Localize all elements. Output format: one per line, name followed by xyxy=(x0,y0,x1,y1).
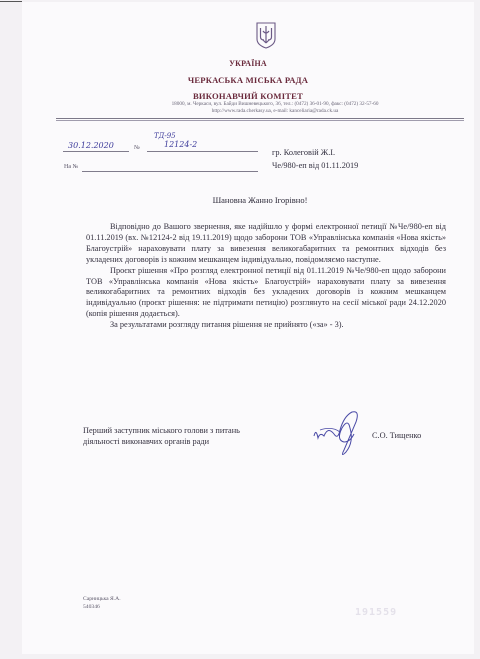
letterhead-council: ЧЕРКАСЬКА МІСЬКА РАДА xyxy=(22,75,474,85)
scan-edge-mark xyxy=(0,1,22,2)
trident-coat-of-arms-icon xyxy=(256,22,276,49)
letterhead-divider-thin xyxy=(56,120,464,121)
letterhead-divider xyxy=(56,118,464,119)
reply-number-underline xyxy=(82,171,258,172)
executor-name: Сарницька Я.А. xyxy=(83,596,121,604)
body-paragraph-2: Проєкт рішення «Про розгляд електронної … xyxy=(86,266,446,321)
signer-position: Перший заступник міського голови з питан… xyxy=(83,426,240,447)
reply-number-label: На № xyxy=(64,164,78,170)
date-underline xyxy=(63,151,129,152)
number-underline xyxy=(147,151,258,152)
letterhead-committee: ВИКОНАВЧИЙ КОМІТЕТ xyxy=(22,91,474,101)
letterhead-country: УКРАЇНА xyxy=(22,59,474,68)
body-paragraph-3: За результатами розгляду питання рішення… xyxy=(86,320,446,331)
letterhead-address: 18000, м. Черкаси, вул. Байди Вишневецьк… xyxy=(60,101,480,108)
letterhead-web: http://www.rada.cherkasy.ua, e-mail: kan… xyxy=(60,108,480,115)
faint-stamp-number: 191559 xyxy=(355,607,397,618)
executor-info: Сарницька Я.А. 540346 xyxy=(83,596,121,611)
number-label: № xyxy=(134,145,140,151)
signer-position-line-1: Перший заступник міського голови з питан… xyxy=(83,426,240,437)
body-paragraph-1: Відповідно до Вашого звернення, яке наді… xyxy=(86,222,446,266)
signer-position-line-2: діяльності виконавчих органів ради xyxy=(83,437,240,448)
handwritten-signature-icon xyxy=(310,406,380,458)
salutation: Шановна Жанно Ігорівно! xyxy=(20,195,480,205)
handwritten-number-top: ТД-95 xyxy=(154,132,176,140)
addressee-reference: Че/980-еп від 01.11.2019 xyxy=(272,161,358,170)
handwritten-number: 12124-2 xyxy=(164,140,197,149)
signer-name: С.О. Тищенко xyxy=(372,431,421,440)
letter-body: Відповідно до Вашого звернення, яке наді… xyxy=(86,222,446,331)
executor-phone: 540346 xyxy=(83,604,121,612)
handwritten-date: 30.12.2020 xyxy=(68,141,114,150)
addressee-name: гр. Колеговій Ж.І. xyxy=(272,148,335,157)
